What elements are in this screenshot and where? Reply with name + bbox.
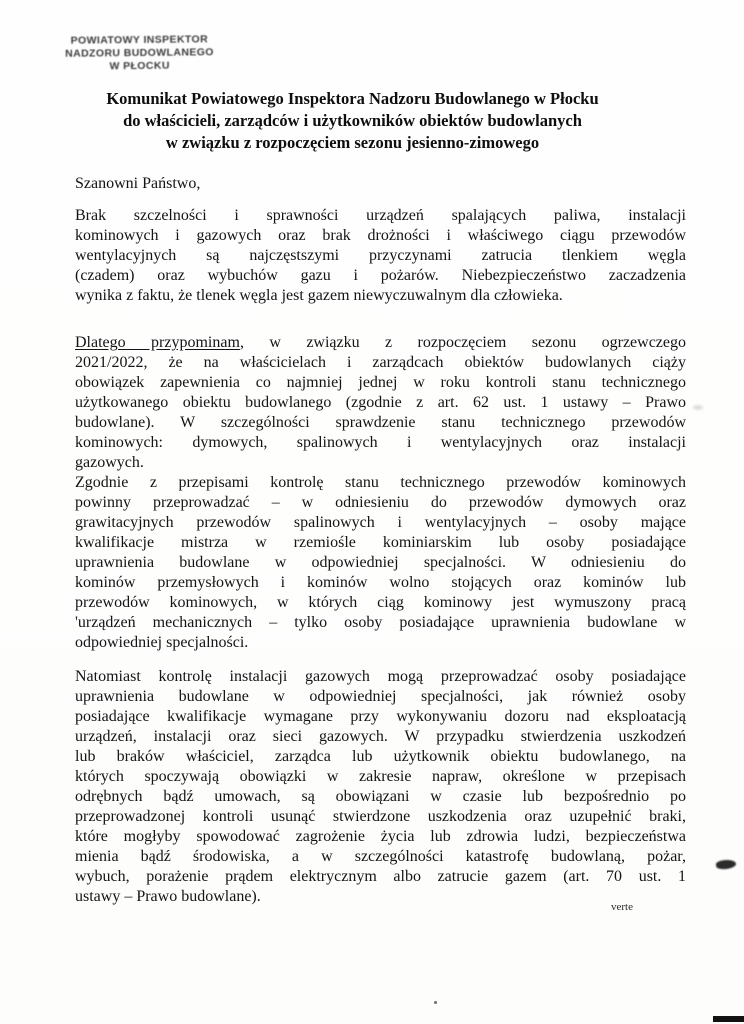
text-line: 2021/2022, że na właścicielach i zarządc…	[75, 353, 686, 373]
text-line: Dlatego przypominam, w związku z rozpocz…	[75, 333, 686, 353]
text-line: przewodów kominowych, w których ciąg kom…	[75, 593, 686, 613]
paragraphs-container: Brak szczelności i sprawności urządzeń s…	[75, 206, 686, 907]
title-line: Komunikat Powiatowego Inspektora Nadzoru…	[75, 88, 630, 110]
text-line: kominów przemysłowych i kominów wolno st…	[75, 573, 686, 593]
verte-note: verte	[611, 901, 633, 914]
text-line: obowiązek zapewnienia co najmniej jednej…	[75, 373, 686, 393]
dot-artifact	[434, 1001, 437, 1004]
text-line: które mogłyby spowodować zagrożenie życi…	[75, 827, 686, 847]
text-line: użytkowanego obiektu budowlanego (zgodni…	[75, 393, 686, 413]
text-line: Natomiast kontrolę instalacji gazowych m…	[75, 667, 686, 687]
paragraph-2: Dlatego przypominam, w związku z rozpocz…	[75, 333, 686, 473]
text-line: budowlane). W szczególności sprawdzenie …	[75, 413, 686, 433]
paragraph-4: Natomiast kontrolę instalacji gazowych m…	[75, 667, 686, 907]
scanned-document-page: POWIATOWY INSPEKTORNADZORU BUDOWLANEGOW …	[0, 0, 744, 1024]
text-line: Zgodnie z przepisami kontrolę stanu tech…	[75, 473, 686, 493]
text-line: przeprowadzonej kontroli usunąć stwierdz…	[75, 807, 686, 827]
scan-edge-artifact	[713, 1016, 744, 1022]
text-line: kominowych i gazowych oraz brak drożnośc…	[75, 226, 686, 246]
text-line: posiadające kwalifikacje wymagane przy w…	[75, 707, 686, 727]
text-line: wynika z faktu, że tlenek węgla jest gaz…	[75, 286, 686, 306]
text-line: grawitacyjnych przewodów spalinowych i w…	[75, 513, 686, 533]
text-line: powinny przeprowadzać – w odniesieniu do…	[75, 493, 686, 513]
paragraph-1: Brak szczelności i sprawności urządzeń s…	[75, 206, 686, 306]
text-line: uprawnienia budowlane w odpowiedniej spe…	[75, 553, 686, 573]
text-line: odrębnych bądź umowach, są obowiązani w …	[75, 787, 686, 807]
text-line: urządzeń, instalacji oraz sieci gazowych…	[75, 727, 686, 747]
underlined-text: Dlatego przypominam	[75, 334, 240, 351]
text-line: kominowych: dymowych, spalinowych i went…	[75, 433, 686, 453]
paragraph-3: Zgodnie z przepisami kontrolę stanu tech…	[75, 473, 686, 653]
text-line: 'urządzeń mechanicznych – tylko osoby po…	[75, 613, 686, 633]
text-line: których spoczywają obowiązki w zakresie …	[75, 767, 686, 787]
text-line: gazowych.	[75, 453, 686, 473]
text-line: uprawnienia budowlane w odpowiedniej spe…	[75, 687, 686, 707]
text-line: Brak szczelności i sprawności urządzeń s…	[75, 206, 686, 226]
document-title: Komunikat Powiatowego Inspektora Nadzoru…	[75, 0, 630, 154]
text-line: ustawy – Prawo budowlane).	[75, 887, 686, 907]
faint-speck-artifact	[693, 405, 703, 410]
text-line: wybuch, porażenie prądem elektrycznym al…	[75, 867, 686, 887]
title-line: do właścicieli, zarządców i użytkowników…	[75, 110, 630, 132]
text-line: kwalifikacje mistrza w rzemiośle kominia…	[75, 533, 686, 553]
text-line: wentylacyjnych są najczęstszymi przyczyn…	[75, 246, 686, 266]
title-line: w związku z rozpoczęciem sezonu jesienno…	[75, 132, 630, 154]
text-line: mienia bądź środowiska, a w szczególnośc…	[75, 847, 686, 867]
text-line: odpowiedniej specjalności.	[75, 633, 686, 653]
text-line: lub braków właściciel, zarządca lub użyt…	[75, 747, 686, 767]
salutation: Szanowni Państwo,	[75, 174, 686, 194]
document-body: Komunikat Powiatowego Inspektora Nadzoru…	[0, 0, 744, 907]
text-line: (czadem) oraz wybuchów gazu i pożarów. N…	[75, 266, 686, 286]
